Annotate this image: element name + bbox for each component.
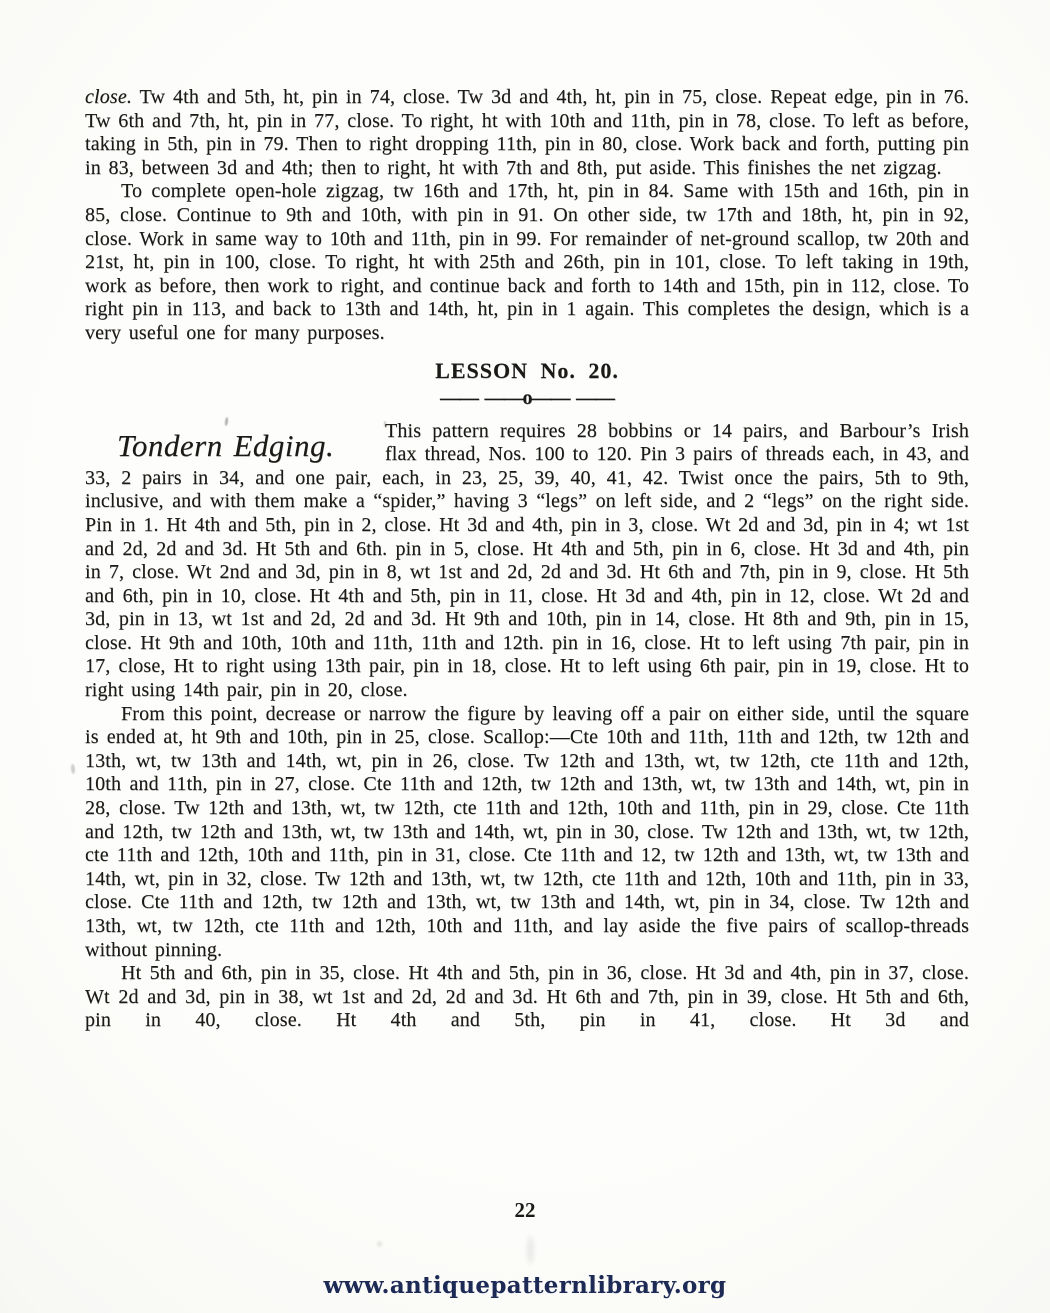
footer-watermark-url: www.antiquepatternlibrary.org: [0, 1272, 1050, 1299]
section-title: Tondern Edging.: [85, 420, 385, 467]
paragraph-final: Ht 5th and 6th, pin in 35, close. Ht 4th…: [85, 962, 969, 1033]
scan-smudge: [527, 1236, 534, 1264]
scan-smudge: [377, 1241, 382, 1247]
scanned-book-page: close. Tw 4th and 5th, ht, pin in 74, cl…: [0, 0, 1050, 1313]
page-number: 22: [0, 1198, 1050, 1223]
lesson-heading: LESSON No. 20.: [85, 358, 969, 384]
continuation-text: Tw 4th and 5th, ht, pin in 74, close. Tw…: [85, 86, 969, 179]
paragraph-tondern-intro: Tondern Edging.This pattern requires 28 …: [85, 420, 969, 703]
scan-speck: [71, 764, 76, 774]
paragraph-continuation: close. Tw 4th and 5th, ht, pin in 74, cl…: [85, 86, 969, 180]
page-text-block: close. Tw 4th and 5th, ht, pin in 74, cl…: [85, 86, 969, 1033]
continuation-lead-word: close.: [85, 86, 132, 108]
paragraph-zigzag-completion: To complete open-hole zigzag, tw 16th an…: [85, 180, 969, 345]
paragraph-scallop: From this point, decrease or narrow the …: [85, 703, 969, 963]
ornamental-divider: —— ——o—— ——: [85, 388, 969, 408]
